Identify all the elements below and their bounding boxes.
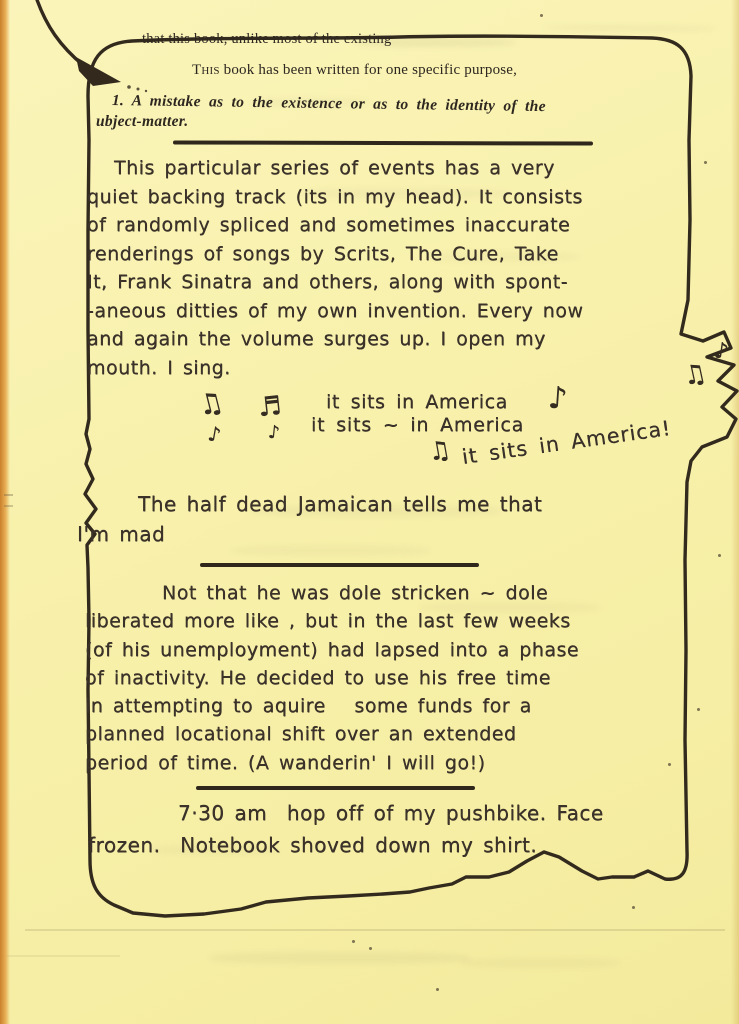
ink-speck xyxy=(436,988,439,991)
typed-line-2-smallcaps: This xyxy=(192,62,220,78)
ink-bleed-smudge xyxy=(460,958,620,968)
edge-mark xyxy=(4,494,13,496)
handwritten-paragraph-3: 7·30 am hop off of my pushbike. Face fro… xyxy=(88,797,698,861)
ink-speck xyxy=(369,947,372,950)
section-divider xyxy=(173,140,593,145)
ink-speck xyxy=(718,554,721,557)
section-divider xyxy=(200,563,479,567)
edge-mark xyxy=(4,505,13,507)
section-divider xyxy=(196,786,475,790)
typed-clause-line-2: ubject-matter. xyxy=(96,113,188,131)
arrow-trailing-dot xyxy=(137,88,140,91)
fold-line xyxy=(0,955,120,957)
music-note-icon: ♪ xyxy=(206,423,222,445)
handwritten-paragraph-2: Not that he was dole stricken ~ dole lib… xyxy=(85,579,700,777)
ink-speck xyxy=(704,161,707,164)
music-note-icon: ♪ xyxy=(547,383,568,414)
ink-speck xyxy=(352,940,355,943)
typed-line-1: that this book, unlike most of the exist… xyxy=(142,31,391,48)
music-note-icon: ♪ xyxy=(267,423,280,442)
ink-speck xyxy=(540,14,543,17)
typed-line-2: This book has been written for one speci… xyxy=(192,62,517,79)
music-note-icon: ♫ xyxy=(426,436,452,465)
pointer-arrow-line xyxy=(36,0,84,66)
music-note-icon: ♫ xyxy=(195,387,226,420)
pointer-arrow-head xyxy=(76,57,121,86)
music-note-icon: ♫ xyxy=(681,360,709,390)
page-right-edge xyxy=(731,0,739,1024)
ink-bleed-smudge xyxy=(545,25,715,30)
handwritten-jamaican-lines: The half dead Jamaican tells me that I'm… xyxy=(77,489,687,549)
ink-speck xyxy=(632,906,635,909)
music-note-icon: ♪ xyxy=(713,340,730,364)
lyric-line-1: it sits in America xyxy=(326,391,508,413)
handwritten-paragraph-1: This particular series of events has a v… xyxy=(87,154,702,382)
typed-line-2-rest: book has been written for one specific p… xyxy=(220,62,517,78)
ink-bleed-smudge xyxy=(210,952,470,964)
page-binding-edge xyxy=(0,0,10,1024)
scanned-page: that this book, unlike most of the exist… xyxy=(0,0,739,1024)
music-note-icon: ♬ xyxy=(257,393,283,421)
arrow-trailing-dot xyxy=(127,85,131,89)
fold-line xyxy=(25,929,725,931)
lyric-line-2: it sits ~ in America xyxy=(311,414,524,436)
